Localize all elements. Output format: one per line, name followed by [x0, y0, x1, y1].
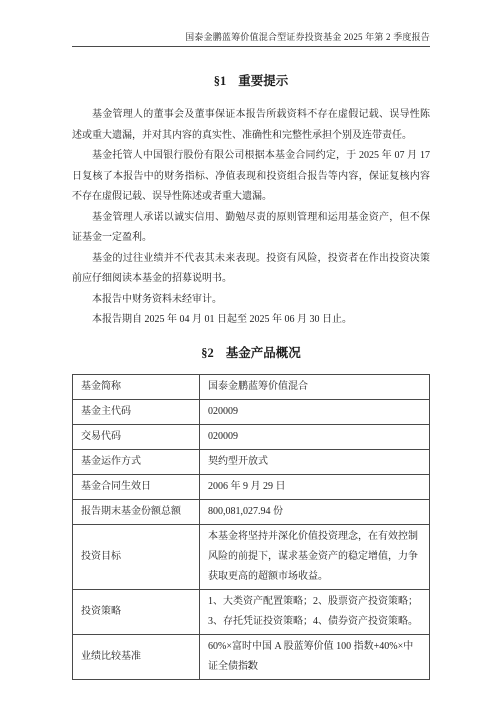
section1-title: 重要提示: [238, 74, 288, 88]
table-row: 基金简称 国泰金鹏蓝筹价值混合: [73, 374, 430, 399]
section1-heading: §1重要提示: [72, 47, 430, 105]
row-value: 1、大类资产配置策略；2、股票资产投资策略；3、存托凭证投资策略；4、债券资产投…: [200, 589, 430, 634]
paragraph: 本报告中财务资料未经审计。: [72, 290, 430, 311]
report-page: 国泰金鹏蓝筹价值混合型证券投资基金 2025 年第 2 季度报告 §1重要提示 …: [0, 0, 500, 707]
table-row: 投资策略 1、大类资产配置策略；2、股票资产投资策略；3、存托凭证投资策略；4、…: [73, 589, 430, 634]
page-header: 国泰金鹏蓝筹价值混合型证券投资基金 2025 年第 2 季度报告: [72, 30, 430, 47]
paragraph: 本报告期自 2025 年 04 月 01 日起至 2025 年 06 月 30 …: [72, 310, 430, 331]
table-row: 基金合同生效日 2006 年 9 月 29 日: [73, 474, 430, 499]
section1-number: §1: [214, 74, 227, 88]
table-row: 报告期末基金份额总额 800,081,027.94 份: [73, 499, 430, 524]
row-value: 2006 年 9 月 29 日: [200, 474, 430, 499]
header-title: 国泰金鹏蓝筹价值混合型证券投资基金 2025 年第 2 季度报告: [185, 32, 430, 42]
page-content: §1重要提示 基金管理人的董事会及董事保证本报告所载资料不存在虚假记载、误导性陈…: [72, 47, 430, 680]
row-value: 60%×富时中国 A 股蓝筹价值 100 指数+40%×中证全债指数: [200, 634, 430, 679]
table-row: 基金主代码 020009: [73, 399, 430, 424]
page-number: 2: [0, 661, 500, 671]
row-value: 国泰金鹏蓝筹价值混合: [200, 374, 430, 399]
section2-title: 基金产品概况: [226, 346, 301, 360]
table-row: 投资目标 本基金将坚持并深化价值投资理念，在有效控制风险的前提下，谋求基金资产的…: [73, 524, 430, 589]
row-value: 800,081,027.94 份: [200, 499, 430, 524]
row-value: 契约型开放式: [200, 449, 430, 474]
paragraph: 基金管理人承诺以诚实信用、勤勉尽责的原则管理和运用基金资产，但不保证基金一定盈利…: [72, 208, 430, 249]
paragraph: 基金管理人的董事会及董事保证本报告所载资料不存在虚假记载、误导性陈述或重大遗漏，…: [72, 105, 430, 146]
row-label: 基金简称: [73, 374, 200, 399]
section2-heading: §2基金产品概况: [72, 331, 430, 374]
row-label: 投资目标: [73, 524, 200, 589]
fund-overview-table: 基金简称 国泰金鹏蓝筹价值混合 基金主代码 020009 交易代码 020009…: [72, 374, 430, 680]
paragraph: 基金的过往业绩并不代表其未来表现。投资有风险，投资者在作出投资决策前应仔细阅读本…: [72, 249, 430, 290]
table-row: 业绩比较基准 60%×富时中国 A 股蓝筹价值 100 指数+40%×中证全债指…: [73, 634, 430, 679]
row-label: 基金运作方式: [73, 449, 200, 474]
paragraph: 基金托管人中国银行股份有限公司根据本基金合同约定，于 2025 年 07 月 1…: [72, 146, 430, 208]
row-label: 交易代码: [73, 424, 200, 449]
row-value: 020009: [200, 399, 430, 424]
table-row: 基金运作方式 契约型开放式: [73, 449, 430, 474]
row-label: 投资策略: [73, 589, 200, 634]
table-row: 交易代码 020009: [73, 424, 430, 449]
row-label: 报告期末基金份额总额: [73, 499, 200, 524]
section2-number: §2: [201, 346, 214, 360]
row-label: 基金主代码: [73, 399, 200, 424]
section1-body: 基金管理人的董事会及董事保证本报告所载资料不存在虚假记载、误导性陈述或重大遗漏，…: [72, 105, 430, 331]
row-label: 业绩比较基准: [73, 634, 200, 679]
row-value: 020009: [200, 424, 430, 449]
row-value: 本基金将坚持并深化价值投资理念，在有效控制风险的前提下，谋求基金资产的稳定增值，…: [200, 524, 430, 589]
row-label: 基金合同生效日: [73, 474, 200, 499]
